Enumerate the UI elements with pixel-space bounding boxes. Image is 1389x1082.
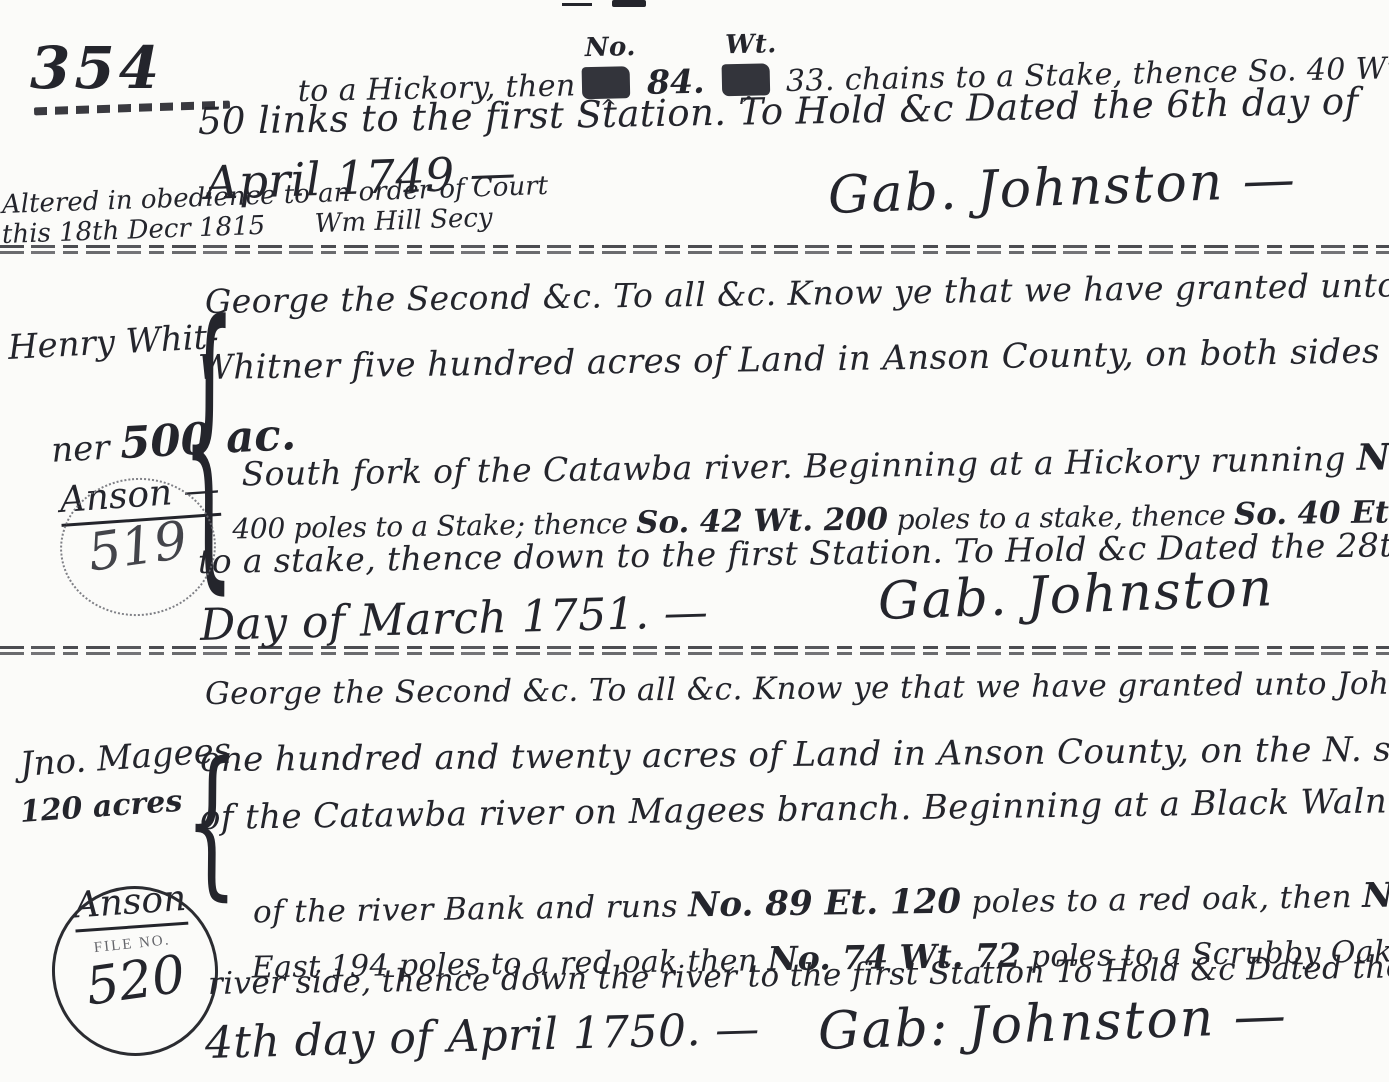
margin-note-acreage: 120 acres (19, 784, 184, 830)
inserted-text: Wt. (725, 29, 777, 60)
manuscript-line: of the Catawba river on Magees branch. B… (200, 781, 1389, 838)
file-number: 520 (83, 948, 189, 1013)
separator-rule (0, 646, 1389, 658)
signature-gab-johnston: Gab. Johnston (877, 558, 1275, 632)
manuscript-line: George the Second &c. To all &c. Know ye… (205, 264, 1389, 321)
manuscript-line: George the Second &c. To all &c. Know ye… (205, 664, 1389, 712)
manuscript-line: Whitner five hundred acres of Land in An… (198, 330, 1389, 388)
signature-gab-johnston: Gab. Johnston — (827, 150, 1298, 226)
manuscript-line: Day of March 1751. — (199, 587, 709, 651)
separator-rule (0, 245, 1389, 257)
page-number: 354 (30, 34, 163, 102)
scan-artifact (612, 0, 646, 7)
manuscript-page: 354 to a Hickory, thenNo.^ 84. Wt.^ 33. … (0, 0, 1389, 1082)
inserted-text: No. (585, 32, 637, 63)
manuscript-line: one hundred and twenty acres of Land in … (200, 729, 1389, 780)
file-number: 519 (85, 514, 191, 579)
